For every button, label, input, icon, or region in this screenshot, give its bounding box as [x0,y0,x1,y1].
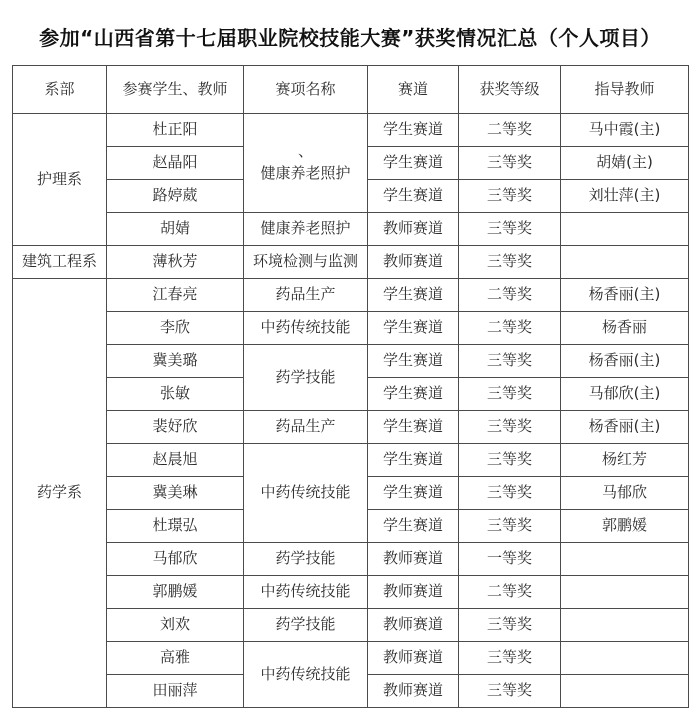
track-cell: 教师赛道 [368,675,459,708]
competition-cell: 中药传统技能 [244,576,368,609]
award-cell: 二等奖 [459,279,561,312]
header-row: 系部参赛学生、教师赛项名称赛道获奖等级指导教师 [13,66,689,114]
teacher-cell [561,213,689,246]
track-cell: 教师赛道 [368,642,459,675]
teacher-cell: 胡婧(主) [561,147,689,180]
award-cell: 二等奖 [459,576,561,609]
track-cell: 学生赛道 [368,312,459,345]
competition-cell: 、 健康养老照护 [244,114,368,213]
competition-cell: 中药传统技能 [244,642,368,708]
student-cell: 赵晶阳 [107,147,244,180]
student-cell: 李欣 [107,312,244,345]
award-cell: 三等奖 [459,147,561,180]
table-row: 郭鹏媛中药传统技能教师赛道二等奖 [13,576,689,609]
teacher-cell: 杨香丽(主) [561,279,689,312]
award-cell: 三等奖 [459,180,561,213]
award-cell: 一等奖 [459,543,561,576]
award-cell: 三等奖 [459,642,561,675]
teacher-cell: 郭鹏媛 [561,510,689,543]
student-cell: 胡婧 [107,213,244,246]
award-cell: 三等奖 [459,246,561,279]
teacher-cell: 杨香丽(主) [561,411,689,444]
track-cell: 学生赛道 [368,147,459,180]
award-cell: 三等奖 [459,510,561,543]
table-header: 系部参赛学生、教师赛项名称赛道获奖等级指导教师 [13,66,689,114]
award-cell: 三等奖 [459,378,561,411]
teacher-cell: 马中霞(主) [561,114,689,147]
award-cell: 二等奖 [459,114,561,147]
table-row: 药学系江春亮药品生产学生赛道二等奖杨香丽(主) [13,279,689,312]
award-cell: 三等奖 [459,411,561,444]
award-cell: 三等奖 [459,345,561,378]
table-row: 高雅中药传统技能教师赛道三等奖 [13,642,689,675]
dept-cell: 建筑工程系 [13,246,107,279]
table-row: 马郁欣药学技能教师赛道一等奖 [13,543,689,576]
track-cell: 学生赛道 [368,345,459,378]
competition-cell: 药学技能 [244,345,368,411]
track-cell: 学生赛道 [368,114,459,147]
student-cell: 冀美琳 [107,477,244,510]
award-cell: 三等奖 [459,675,561,708]
competition-cell: 中药传统技能 [244,444,368,543]
student-cell: 薄秋芳 [107,246,244,279]
table-row: 冀美璐药学技能学生赛道三等奖杨香丽(主) [13,345,689,378]
document-page: 参加“山西省第十七届职业院校技能大赛”获奖情况汇总（个人项目） 系部参赛学生、教… [0,0,700,724]
table-row: 赵晨旭中药传统技能学生赛道三等奖杨红芳 [13,444,689,477]
competition-cell: 药品生产 [244,279,368,312]
student-cell: 裴妤欣 [107,411,244,444]
award-cell: 二等奖 [459,312,561,345]
competition-cell: 环境检测与监测 [244,246,368,279]
teacher-cell: 杨红芳 [561,444,689,477]
table-row: 裴妤欣药品生产学生赛道三等奖杨香丽(主) [13,411,689,444]
track-cell: 学生赛道 [368,279,459,312]
column-header-teacher: 指导教师 [561,66,689,114]
track-cell: 教师赛道 [368,576,459,609]
award-cell: 三等奖 [459,609,561,642]
track-cell: 教师赛道 [368,246,459,279]
track-cell: 教师赛道 [368,609,459,642]
page-title: 参加“山西省第十七届职业院校技能大赛”获奖情况汇总（个人项目） [0,0,700,51]
track-cell: 学生赛道 [368,477,459,510]
student-cell: 张敏 [107,378,244,411]
student-cell: 马郁欣 [107,543,244,576]
competition-cell: 药学技能 [244,543,368,576]
table-row: 刘欢药学技能教师赛道三等奖 [13,609,689,642]
award-cell: 三等奖 [459,444,561,477]
teacher-cell [561,675,689,708]
student-cell: 田丽萍 [107,675,244,708]
table-body: 护理系杜正阳、 健康养老照护学生赛道二等奖马中霞(主)赵晶阳学生赛道三等奖胡婧(… [13,114,689,708]
student-cell: 杜璟弘 [107,510,244,543]
track-cell: 学生赛道 [368,444,459,477]
track-cell: 教师赛道 [368,213,459,246]
table-row: 胡婧健康养老照护教师赛道三等奖 [13,213,689,246]
teacher-cell [561,642,689,675]
track-cell: 教师赛道 [368,543,459,576]
teacher-cell [561,576,689,609]
column-header-award: 获奖等级 [459,66,561,114]
competition-cell: 药品生产 [244,411,368,444]
table-row: 李欣中药传统技能学生赛道二等奖杨香丽 [13,312,689,345]
column-header-competition: 赛项名称 [244,66,368,114]
award-cell: 三等奖 [459,213,561,246]
track-cell: 学生赛道 [368,180,459,213]
track-cell: 学生赛道 [368,411,459,444]
student-cell: 刘欢 [107,609,244,642]
student-cell: 郭鹏媛 [107,576,244,609]
teacher-cell [561,543,689,576]
teacher-cell [561,246,689,279]
teacher-cell: 刘壮萍(主) [561,180,689,213]
award-cell: 三等奖 [459,477,561,510]
column-header-student: 参赛学生、教师 [107,66,244,114]
teacher-cell: 马郁欣(主) [561,378,689,411]
student-cell: 江春亮 [107,279,244,312]
dept-cell: 护理系 [13,114,107,246]
table-row: 建筑工程系薄秋芳环境检测与监测教师赛道三等奖 [13,246,689,279]
column-header-dept: 系部 [13,66,107,114]
student-cell: 杜正阳 [107,114,244,147]
column-header-track: 赛道 [368,66,459,114]
student-cell: 高雅 [107,642,244,675]
teacher-cell: 杨香丽(主) [561,345,689,378]
student-cell: 路婷葳 [107,180,244,213]
student-cell: 冀美璐 [107,345,244,378]
track-cell: 学生赛道 [368,378,459,411]
teacher-cell: 马郁欣 [561,477,689,510]
teacher-cell: 杨香丽 [561,312,689,345]
student-cell: 赵晨旭 [107,444,244,477]
teacher-cell [561,609,689,642]
dept-cell: 药学系 [13,279,107,708]
table-row: 护理系杜正阳、 健康养老照护学生赛道二等奖马中霞(主) [13,114,689,147]
track-cell: 学生赛道 [368,510,459,543]
competition-cell: 健康养老照护 [244,213,368,246]
competition-cell: 中药传统技能 [244,312,368,345]
competition-cell: 药学技能 [244,609,368,642]
awards-table: 系部参赛学生、教师赛项名称赛道获奖等级指导教师 护理系杜正阳、 健康养老照护学生… [12,65,689,708]
